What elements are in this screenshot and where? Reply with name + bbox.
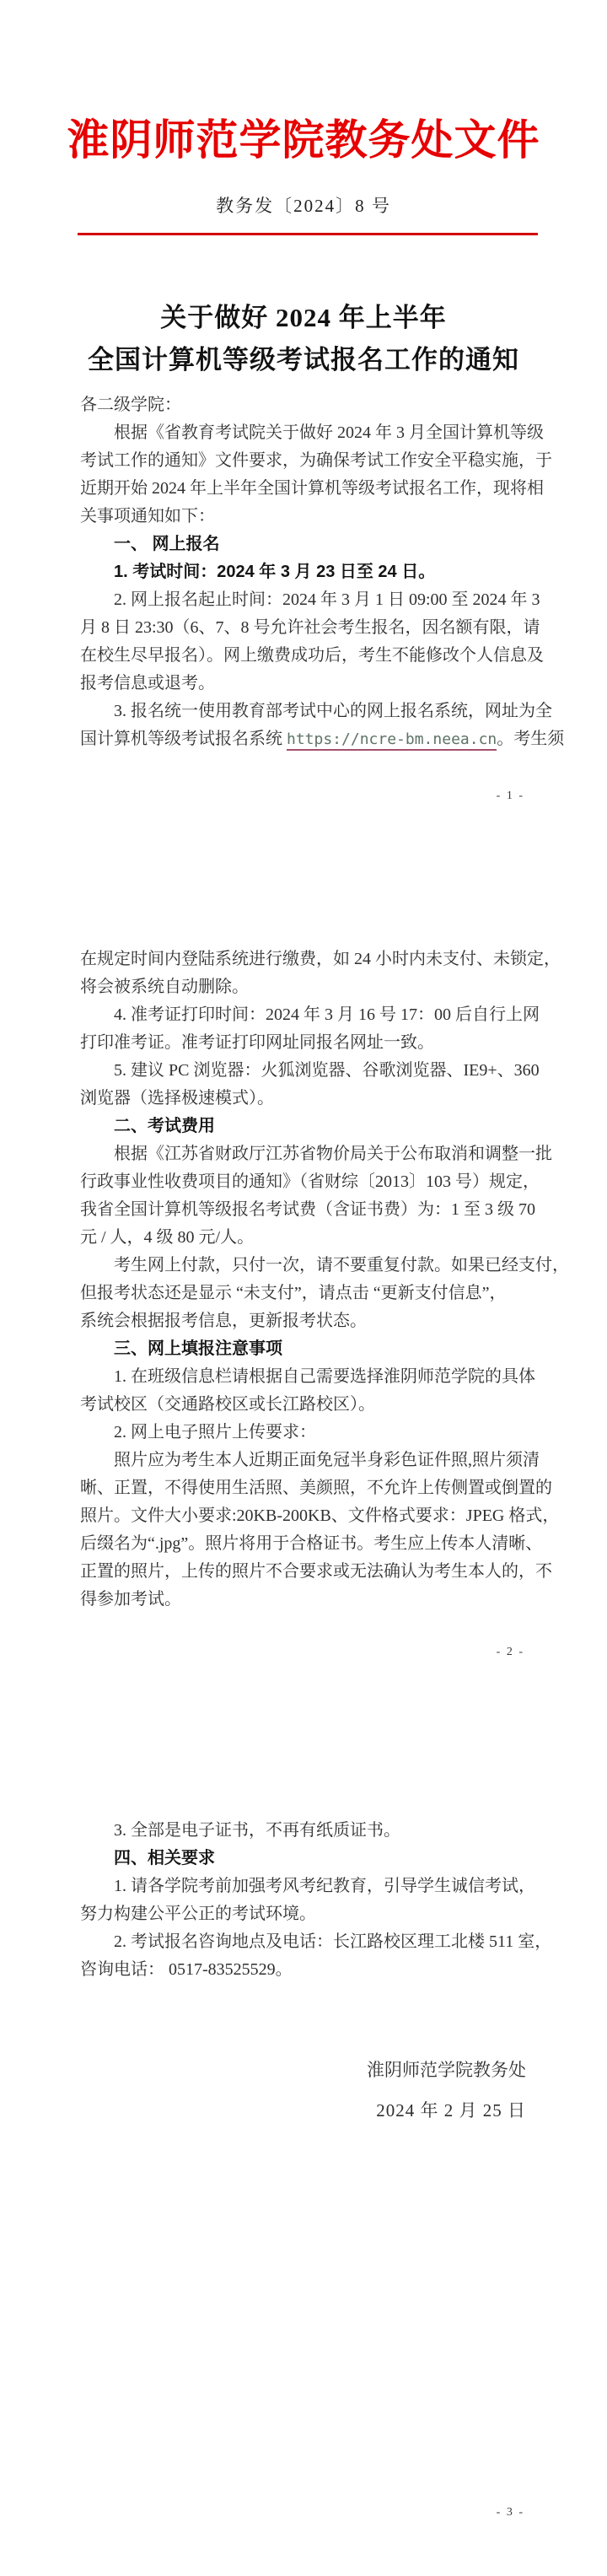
- section-heading-line: 二、考试费用: [80, 1113, 552, 1140]
- text-segment: 。考生须: [497, 730, 564, 748]
- text-line: 关事项通知如下：: [80, 503, 552, 531]
- page-number-3: - 3 -: [497, 2506, 524, 2519]
- text-line: 国计算机等级考试报名系统 https://ncre-bm.neea.cn。考生须: [80, 725, 552, 753]
- text-line: 照片。文件大小要求:20KB-200KB、文件格式要求：JPEG 格式，: [80, 1502, 552, 1530]
- signature-date: 2024 年 2 月 25 日: [376, 2097, 526, 2122]
- text-line: 努力构建公平公正的考试环境。: [80, 1900, 552, 1928]
- text-line: 1. 请各学院考前加强考风考纪教育，引导学生诚信考试，: [80, 1873, 552, 1900]
- text-line: 咨询电话： 0517-83525529。: [80, 1956, 552, 1984]
- text-line: 考生网上付款，只付一次，请不要重复付款。如果已经支付，: [80, 1252, 552, 1280]
- document-scan: 淮阴师范学院教务处文件 教务发〔2024〕8 号 关于做好 2024 年上半年 …: [0, 0, 607, 2576]
- agency-title: 淮阴师范学院教务处文件: [0, 106, 607, 167]
- text-segment: 国计算机等级考试报名系统: [80, 730, 287, 748]
- text-line: 我省全国计算机等级报名考试费（含证书费）为：1 至 3 级 70: [80, 1196, 552, 1224]
- text-line: 元 / 人，4 级 80 元/人。: [80, 1224, 552, 1252]
- text-line: 考试工作的通知》文件要求，为确保考试工作安全平稳实施，于: [80, 447, 552, 475]
- text-line: 将会被系统自动删除。: [80, 973, 552, 1001]
- page-1-body-text: 各二级学院：根据《省教育考试院关于做好 2024 年 3 月全国计算机等级考试工…: [80, 391, 552, 753]
- text-line: 2. 网上报名起止时间：2024 年 3 月 1 日 09:00 至 2024 …: [80, 586, 552, 614]
- section-heading-line: 四、相关要求: [80, 1845, 552, 1873]
- text-line: 根据《江苏省财政厅江苏省物价局关于公布取消和调整一批: [80, 1140, 552, 1168]
- text-line: 但报考状态还是显示 “未支付”，请点击 “更新支付信息”，: [80, 1280, 552, 1307]
- document-number: 教务发〔2024〕8 号: [0, 192, 607, 218]
- text-line: 照片应为考生本人近期正面免冠半身彩色证件照,照片须清: [80, 1447, 552, 1474]
- text-line: 1. 在班级信息栏请根据自己需要选择淮阴师范学院的具体: [80, 1363, 552, 1391]
- text-line: 系统会根据报考信息，更新报考状态。: [80, 1307, 552, 1335]
- section-heading-line: 一、 网上报名: [80, 531, 552, 558]
- text-line: 5. 建议 PC 浏览器：火狐浏览器、谷歌浏览器、IE9+、360: [80, 1057, 552, 1085]
- text-line: 打印准考证。准考证打印网址同报名网址一致。: [80, 1029, 552, 1057]
- section-heading-line: 1. 考试时间：2024 年 3 月 23 日至 24 日。: [80, 558, 552, 586]
- text-line: 根据《省教育考试院关于做好 2024 年 3 月全国计算机等级: [80, 419, 552, 447]
- page-number-1: - 1 -: [497, 790, 524, 803]
- text-line: 在规定时间内登陆系统进行缴费，如 24 小时内未支付、未锁定，: [80, 946, 552, 973]
- text-line: 在校生尽早报名）。网上缴费成功后，考生不能修改个人信息及: [80, 642, 552, 670]
- red-header-rule: [78, 233, 538, 235]
- text-line: 正置的照片，上传的照片不合要求或无法确认为考生本人的，不: [80, 1558, 552, 1586]
- page-3-body-text: 3. 全部是电子证书，不再有纸质证书。四、相关要求1. 请各学院考前加强考风考纪…: [80, 1817, 552, 1984]
- ncre-registration-link[interactable]: https://ncre-bm.neea.cn: [287, 730, 497, 751]
- text-line: 考试校区（交通路校区或长江路校区）。: [80, 1391, 552, 1419]
- text-line: 报考信息或退考。: [80, 670, 552, 698]
- page-2-body-text: 在规定时间内登陆系统进行缴费，如 24 小时内未支付、未锁定，将会被系统自动删除…: [80, 946, 552, 1614]
- document-title-line-2: 全国计算机等级考试报名工作的通知: [0, 338, 607, 376]
- page-number-2: - 2 -: [497, 1646, 524, 1659]
- document-title-line-1: 关于做好 2024 年上半年: [0, 296, 607, 334]
- text-line: 各二级学院：: [80, 391, 552, 419]
- text-line: 3. 报名统一使用教育部考试中心的网上报名系统，网址为全: [80, 698, 552, 725]
- text-line: 得参加考试。: [80, 1586, 552, 1614]
- text-line: 2. 考试报名咨询地点及电话：长江路校区理工北楼 511 室，: [80, 1928, 552, 1956]
- text-line: 行政事业性收费项目的通知》（省财综〔2013〕103 号）规定，: [80, 1168, 552, 1196]
- text-line: 3. 全部是电子证书，不再有纸质证书。: [80, 1817, 552, 1845]
- section-heading-line: 三、网上填报注意事项: [80, 1335, 552, 1363]
- text-line: 月 8 日 23:30（6、7、8 号允许社会考生报名，因名额有限，请: [80, 614, 552, 642]
- text-line: 浏览器（选择极速模式）。: [80, 1085, 552, 1113]
- signature-organization: 淮阴师范学院教务处: [367, 2056, 526, 2082]
- text-line: 4. 准考证打印时间：2024 年 3 月 16 号 17：00 后自行上网: [80, 1001, 552, 1029]
- text-line: 后缀名为“.jpg”。照片将用于合格证书。考生应上传本人清晰、: [80, 1530, 552, 1558]
- text-line: 2. 网上电子照片上传要求：: [80, 1419, 552, 1447]
- text-line: 近期开始 2024 年上半年全国计算机等级考试报名工作，现将相: [80, 475, 552, 503]
- text-line: 晰、正置，不得使用生活照、美颜照，不允许上传侧置或倒置的: [80, 1474, 552, 1502]
